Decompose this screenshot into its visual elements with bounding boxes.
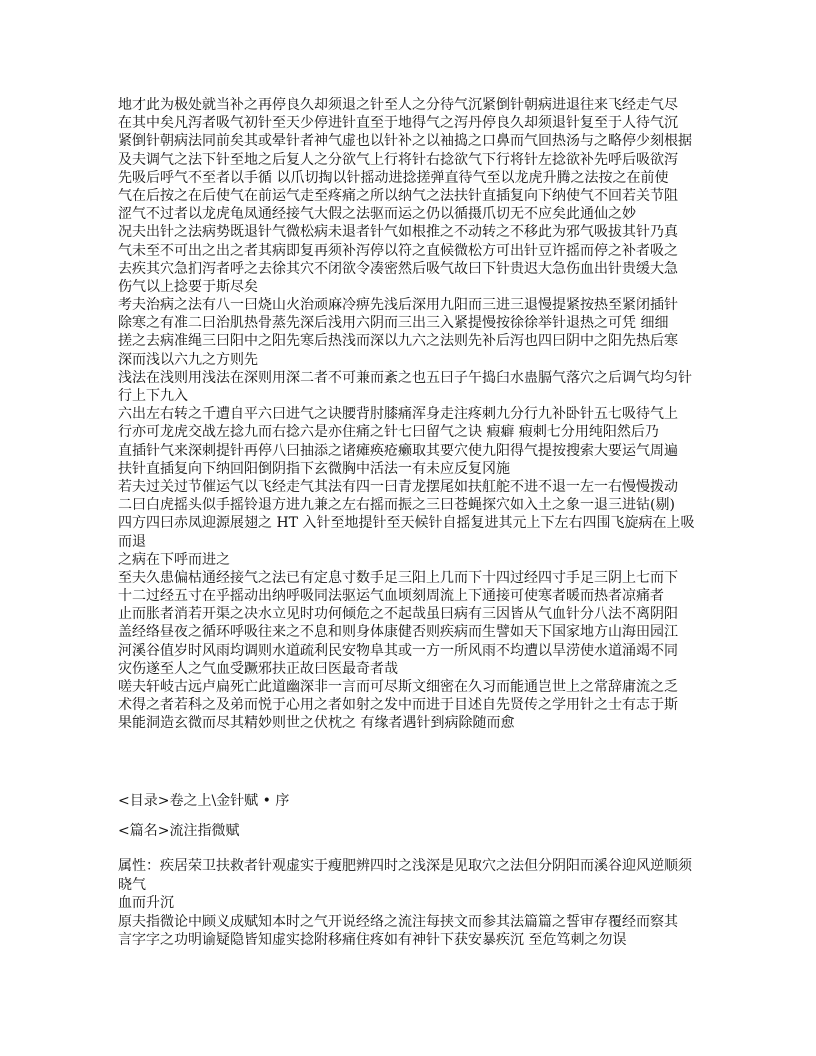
text-line: 若夫过关过节催运气以飞经走气其法有四一曰青龙摆尾如扶舡舵不进不退一左一右慢慢拨动 [118,478,694,496]
text-line: 止而胀者消若开渠之决水立见时功何倾危之不起哉虽曰病有三因皆从气血针分八法不离阴阳 [118,605,694,623]
text-line: 原夫指微论中顾义成赋知本时之气开说经络之流注每挟文而参其法篇篇之誓审存覆经而察其 [118,913,692,932]
text-line: 四方四曰赤凤迎源展翅之 HT 入针至地提针至天候针自摇复进其元上下左右四围飞旋病… [118,514,694,532]
text-line: 二曰白虎摇头似手摇铃退方进九兼之左右摇而振之三曰苍蝇探穴如入土之象一退三进钻(剔… [118,496,694,514]
text-line: 之病在下呼而进之 [118,551,694,569]
body-text: 地才此为极处就当补之再停良久却须退之针至人之分待气沉紧倒针朝病进退往来飞经走气尽… [118,96,694,733]
text-line: 浅法在浅则用浅法在深则用深二者不可兼而紊之也五曰子午捣臼水蛊膈气落穴之后调气均匀… [118,369,694,387]
text-line: 况夫出针之法病势既退针气微松病未退者针气如根推之不动转之不移此为邪气吸拔其针乃真 [118,223,694,241]
text-line: 地才此为极处就当补之再停良久却须退之针至人之分待气沉紧倒针朝病进退往来飞经走气尽 [118,96,694,114]
catalog-heading: <目录>卷之上\金针赋 • 序 [118,792,289,810]
text-line: 行亦可龙虎交战左捻九而右捻六是亦住痛之针七曰留气之诀 瘕癖 瘕刺七分用纯阳然后乃 [118,423,694,441]
text-line: 在其中矣凡泻者吸气初针至天少停进针直至于地得气之泻丹停良久却须退针复至于人待气沉 [118,114,694,132]
text-line: 搓之去病准绳三曰阳中之阳先寒后热浅而深以九六之法则先补后泻也四曰阴中之阳先热后寒 [118,332,694,350]
text-line: 深而浅以六九之方则先 [118,351,694,369]
chapter-title: <篇名>流注指微赋 [118,822,239,840]
text-line: 灾伤遂至人之气血受蹶邪扶正故曰医最奇者哉 [118,660,694,678]
text-line: 气在后按之在后使气在前运气走至疼痛之所以纳气之法扶针直插复向下纳使气不回若关节阻 [118,187,694,205]
text-line: 晓气 [118,876,692,895]
text-line: 行上下九入 [118,387,694,405]
text-line: 河溪谷值岁时风雨均调则水道疏利民安物阜其或一方一所风雨不均遭以旱涝使水道涌竭不同 [118,642,694,660]
text-line: 至夫久患偏枯通经接气之法已有定息寸数手足三阳上几而下十四过经四寸手足三阴上七而下 [118,569,694,587]
text-line: 十二过经五寸在乎摇动出纳呼吸同法驱运气血顷刻周流上下通接可使寒者暖而热者凉痛者 [118,587,694,605]
text-line: 属性：疾居荣卫扶救者针观虚实于瘦肥辨四时之浅深是见取穴之法但分阴阳而溪谷迎风逆顺… [118,857,692,876]
text-line: 气未至不可出之出之者其病即复再须补泻停以符之直候微松方可出针豆许摇而停之补者吸之 [118,242,694,260]
text-line: 伤气以上捻要于斯尽矣 [118,278,694,296]
section-text: 属性：疾居荣卫扶救者针观虚实于瘦肥辨四时之浅深是见取穴之法但分阴阳而溪谷迎风逆顺… [118,857,692,950]
text-line: 先吸后呼气不至者以手循 以爪切掏以针摇动进捻搓弹直待气至以龙虎升腾之法按之在前使 [118,169,694,187]
text-line: 涩气不过者以龙虎龟凤通经接气大假之法驱而运之仍以循摄爪切无不应矣此通仙之妙 [118,205,694,223]
text-line: 直插针气来深刺提针再停八曰抽添之诸瘫痪疮癞取其要穴使九阳得气提按搜索大要运气周遍 [118,442,694,460]
text-line: 六出左右转之千遭自平六曰进气之诀腰背肘膝痛浑身走注疼刺九分行九补卧针五七吸待气上 [118,405,694,423]
text-line: 果能洞造玄微而尽其精妙则世之伏枕之 有缘者遇针到病除随而愈 [118,714,694,732]
text-line: 术得之者若科之及弟而悦于心用之者如射之发中而进于目述自先贤传之学用针之士有志于斯 [118,696,694,714]
text-line: 去疾其穴急扪泻者呼之去徐其穴不闭欲令凑密然后吸气故曰下针贵迟大急伤血出针贵缓大急 [118,260,694,278]
text-line: 血而升沉 [118,894,692,913]
text-line: 除寒之有准二曰治肌热骨蒸先深后浅用六阴而三出三入紧提慢按徐徐举针退热之可凭 细细 [118,314,694,332]
text-line: 盖经络昼夜之循环呼吸往来之不息和则身体康健否则疾病而生譬如天下国家地方山海田园江 [118,623,694,641]
text-line: 考夫治病之法有八一曰烧山火治顽麻冷痹先浅后深用九阳而三进三退慢提紧按热至紧闭插针 [118,296,694,314]
text-line: 言字字之功明谕疑隐皆知虚实捻附移痛住疼如有神针下获安暴疾沉 至危笃刺之勿误 [118,931,692,950]
text-line: 嗟夫轩岐古远卢扁死亡此道幽深非一言而可尽斯文细密在久习而能通岂世上之常辞庸流之乏 [118,678,694,696]
text-line: 扶针直插复向下纳回阳倒阴指下玄微胸中活法一有未应反复冈施 [118,460,694,478]
text-line: 及夫调气之法下针至地之后复人之分欲气上行将针右捻欲气下行将针左捻欲补先呼后吸欲泻 [118,151,694,169]
document-page: 地才此为极处就当补之再停良久却须退之针至人之分待气沉紧倒针朝病进退往来飞经走气尽… [0,0,816,1056]
text-line: 紧倒针朝病法同前矣其或晕针者神气虚也以针补之以袖捣之口鼻而气回热汤与之略停少刻根… [118,132,694,150]
text-line: 而退 [118,533,694,551]
